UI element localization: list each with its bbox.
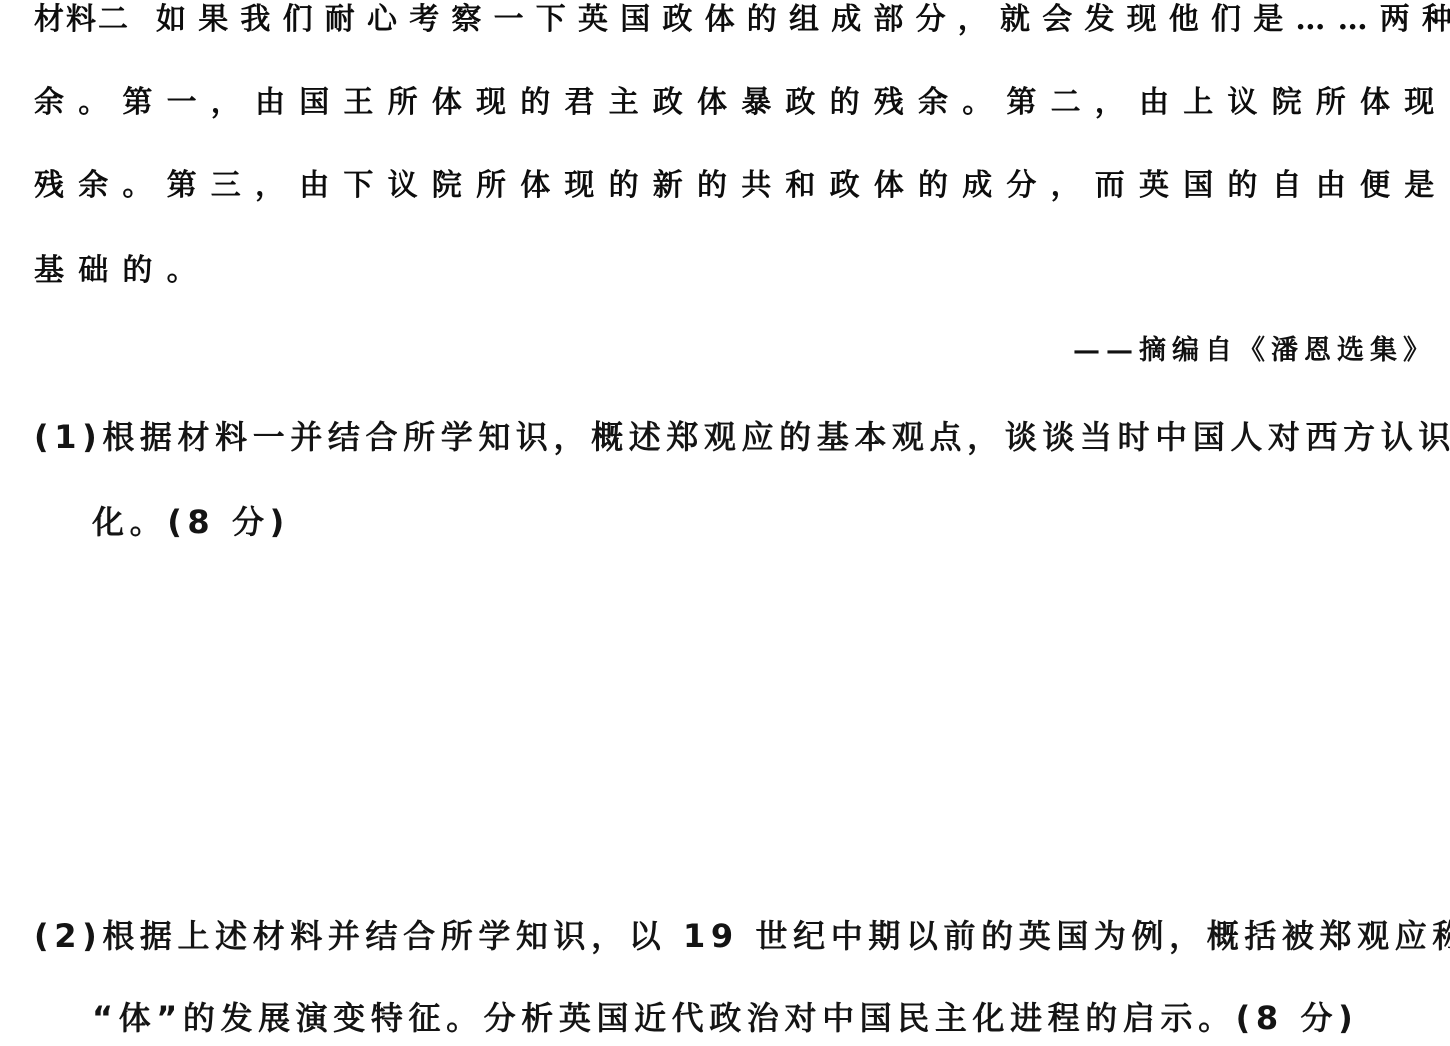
question-1-line-2: 化。(8 分)	[92, 506, 290, 538]
question-2-line-2: “体”的发展演变特征。分析英国近代政治对中国民主化进程的启示。(8 分)	[92, 1002, 1358, 1034]
material-line-3: 残余。第三，由下议院所体现的新的共和政体的成分，而英国的自由便是以下议院的效能为	[34, 171, 1450, 201]
material-line-2: 余。第一，由国王所体现的君主政体暴政的残余。第二，由上议院所体现的贵族政治暴政的	[34, 88, 1450, 118]
question-1-line-1: (1)根据材料一并结合所学知识，概述郑观应的基本观点，谈谈当时中国人对西方认识的…	[34, 421, 1450, 453]
question-2-line-1: (2)根据上述材料并结合所学知识，以 19 世纪中期以前的英国为例，概括被郑观应…	[34, 920, 1450, 952]
material-source-citation: ——摘编自《潘恩选集》	[1073, 337, 1436, 364]
material-line-4: 基础的。	[34, 256, 211, 286]
material-label: 材料二	[34, 2, 130, 37]
answer-area-question-1	[0, 560, 1450, 900]
material-line-1: 材料二如果我们耐心考察一下英国政体的组成部分，就会发现他们是……两种暴政的残	[34, 5, 1450, 35]
material-text: 如果我们耐心考察一下英国政体的组成部分，就会发现他们是……两种暴政的残	[156, 2, 1450, 37]
